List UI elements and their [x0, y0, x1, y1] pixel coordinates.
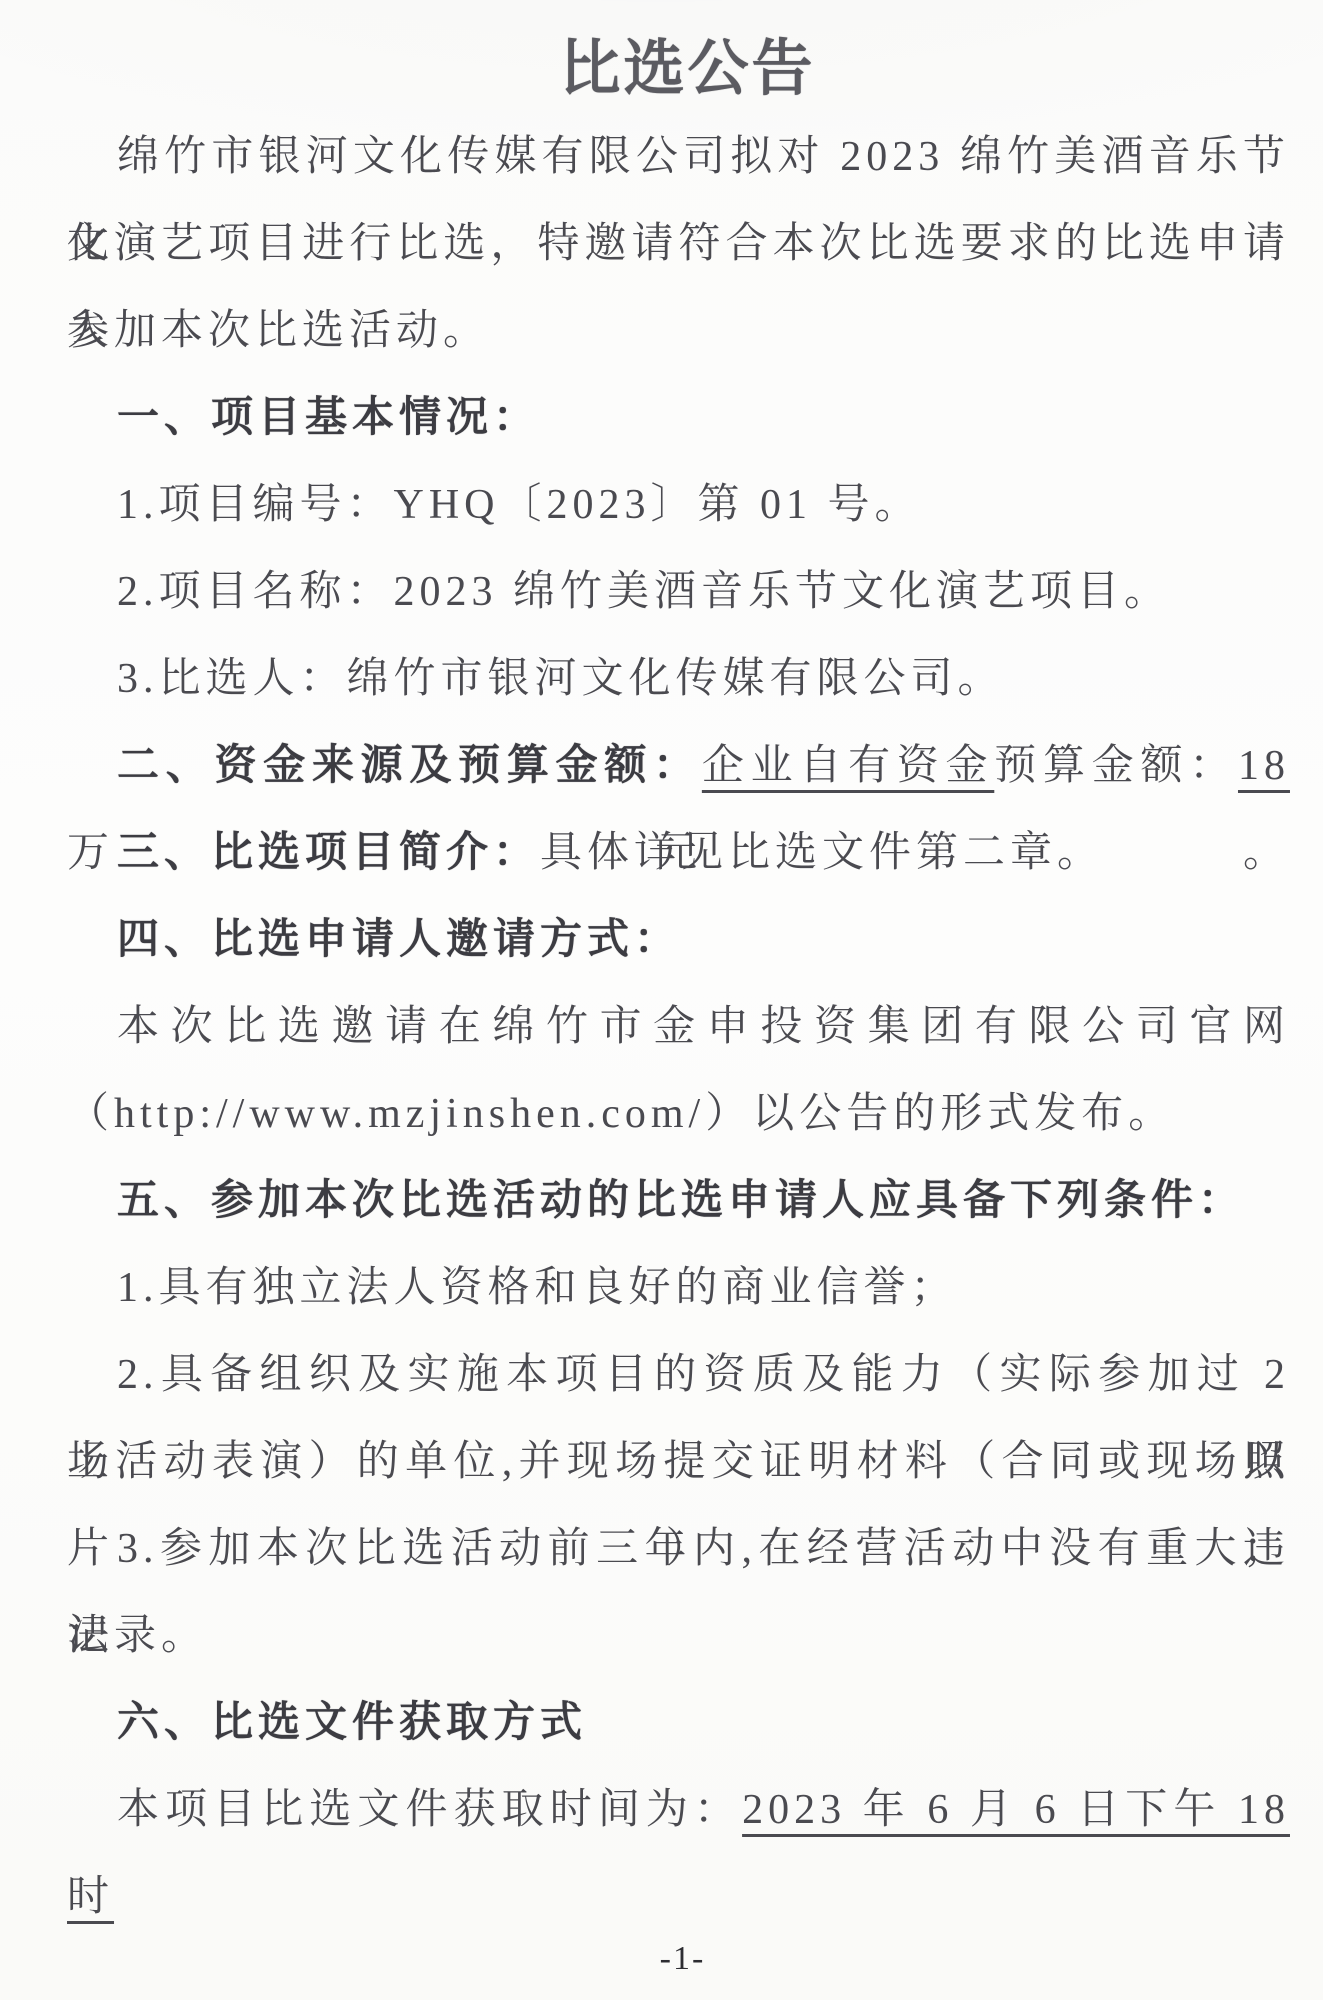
text-segment: 四、比选申请人邀请方式： — [117, 917, 681, 963]
text-segment: 二、资金来源及预算金额： — [117, 743, 702, 789]
text-segment: 1.项目编号：YHQ〔2023〕第 01 号。 — [117, 482, 922, 528]
text-line: 3.比选人：绵竹市银河文化传媒有限公司。 — [67, 636, 1290, 723]
text-segment: 具体详见比选文件第二章。 — [540, 830, 1104, 876]
text-line: （http://www.mzjinshen.com/）以公告的形式发布。 — [67, 1071, 1290, 1158]
text-line: 二、资金来源及预算金额：企业自有资金预算金额：18 万元。 — [67, 723, 1290, 810]
page-title: 比选公告 — [0, 20, 1323, 107]
text-line: 3.参加本次比选活动前三年内,在经营活动中没有重大违法 — [67, 1506, 1290, 1593]
text-line: 化演艺项目进行比选，特邀请符合本次比选要求的比选申请人 — [67, 201, 1290, 288]
page-number: -1- — [0, 1940, 1323, 1978]
text-line: 参加本次比选活动。 — [67, 288, 1290, 375]
text-segment: 18 — [1238, 743, 1290, 789]
text-segment: 记录。 — [67, 1613, 208, 1659]
text-segment: 三、比选项目简介： — [117, 830, 540, 876]
text-line: 四、比选申请人邀请方式： — [67, 897, 1290, 984]
text-segment: 六、比选文件获取方式 — [117, 1700, 587, 1746]
text-segment: 企业自有资金 — [702, 743, 994, 789]
text-segment: 本项目比选文件获取时间为： — [117, 1787, 742, 1833]
text-segment: 3.比选人：绵竹市银河文化传媒有限公司。 — [117, 656, 1005, 702]
text-line: 一、项目基本情况： — [67, 375, 1290, 462]
text-segment: 五、参加本次比选活动的比选申请人应具备下列条件： — [117, 1178, 1245, 1224]
text-line: 1.具有独立法人资格和良好的商业信誉； — [67, 1245, 1290, 1332]
text-segment: 预算金额： — [994, 743, 1238, 789]
scanned-document-page: 比选公告 绵竹市银河文化传媒有限公司拟对 2023 绵竹美酒音乐节文化演艺项目进… — [0, 0, 1323, 2000]
text-line: 本次比选邀请在绵竹市金申投资集团有限公司官网 — [67, 984, 1290, 1071]
text-line: 六、比选文件获取方式 — [67, 1680, 1290, 1767]
text-segment: 本次比选邀请在绵竹市金申投资集团有限公司官网 — [117, 1004, 1290, 1050]
text-line: 2.具备组织及实施本项目的资质及能力（实际参加过 2 场以 — [67, 1332, 1290, 1419]
text-line: 五、参加本次比选活动的比选申请人应具备下列条件： — [67, 1158, 1290, 1245]
text-segment: 2.项目名称：2023 绵竹美酒音乐节文化演艺项目。 — [117, 569, 1171, 615]
text-segment: （http://www.mzjinshen.com/）以公告的形式发布。 — [67, 1091, 1175, 1137]
text-segment: 1.具有独立法人资格和良好的商业信誉； — [117, 1265, 958, 1311]
text-line: 记录。 — [67, 1593, 1290, 1680]
text-line: 本项目比选文件获取时间为：2023 年 6 月 6 日下午 18 时 — [67, 1767, 1290, 1854]
text-line: 上活动表演）的单位,并现场提交证明材料（合同或现场照片）； — [67, 1419, 1290, 1506]
text-line: 绵竹市银河文化传媒有限公司拟对 2023 绵竹美酒音乐节文 — [67, 114, 1290, 201]
text-line: 1.项目编号：YHQ〔2023〕第 01 号。 — [67, 462, 1290, 549]
text-segment: 参加本次比选活动。 — [67, 308, 490, 354]
text-segment: 一、项目基本情况： — [117, 395, 540, 441]
text-line: 2.项目名称：2023 绵竹美酒音乐节文化演艺项目。 — [67, 549, 1290, 636]
document-body: 绵竹市银河文化传媒有限公司拟对 2023 绵竹美酒音乐节文化演艺项目进行比选，特… — [67, 114, 1290, 1854]
